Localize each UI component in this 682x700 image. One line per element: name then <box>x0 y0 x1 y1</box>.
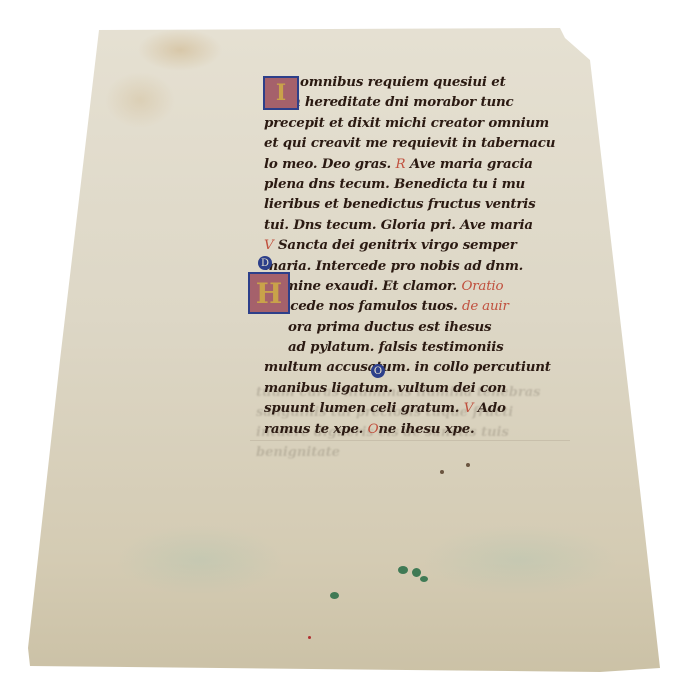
green-stain <box>420 576 428 582</box>
manuscript-text: n omnibus requiem quesiui etin hereditat… <box>246 72 568 439</box>
text-line: ad pylatum. falsis testimoniis <box>246 337 568 357</box>
ruling-line <box>250 440 570 441</box>
text-line: ramus te xpe. One ihesu xpe. <box>246 419 568 439</box>
green-stain <box>330 592 339 599</box>
text-line: maria. Intercede pro nobis ad dnm. <box>246 256 568 276</box>
text-line: lo meo. Deo gras. R Ave maria gracia <box>246 154 568 174</box>
illuminated-initial-h: H <box>248 272 290 314</box>
text-line: manibus ligatum. vultum dei con <box>246 378 568 398</box>
small-initial-o: O <box>371 364 385 378</box>
text-line: precepit et dixit michi creator omnium <box>246 113 568 133</box>
manuscript-photo: tuum curas illuminas ilumina tenebras sa… <box>0 0 682 700</box>
text-line: ora prima ductus est ihesus <box>246 317 568 337</box>
green-stain <box>398 566 408 574</box>
text-line: multum accusatum. in collo percutiunt <box>246 357 568 377</box>
text-line: Domine exaudi. Et clamor. Oratio <box>246 276 568 296</box>
small-initial-d: D <box>258 256 272 270</box>
rubric: O <box>368 422 379 437</box>
text-line: lieribus et benedictus fructus ventris <box>246 194 568 214</box>
red-spot <box>308 636 311 639</box>
rubric: Oratio <box>461 279 503 294</box>
rubric: V <box>464 401 473 416</box>
rubric: de auir <box>462 299 509 314</box>
text-line: V Sancta dei genitrix virgo semper <box>246 235 568 255</box>
text-line: plena dns tecum. Benedicta tu i mu <box>246 174 568 194</box>
text-line: et qui creavit me requievit in tabernacu <box>246 133 568 153</box>
ink-spot <box>440 470 444 474</box>
rubric: R <box>395 157 405 172</box>
illuminated-initial-i: I <box>263 76 299 110</box>
text-line: spuunt lumen celi gratum. V Ado <box>246 398 568 418</box>
text-line: oncede nos famulos tuos. de auir <box>246 296 568 316</box>
green-stain <box>412 568 421 577</box>
text-line: tui. Dns tecum. Gloria pri. Ave maria <box>246 215 568 235</box>
ink-spot <box>466 463 470 467</box>
